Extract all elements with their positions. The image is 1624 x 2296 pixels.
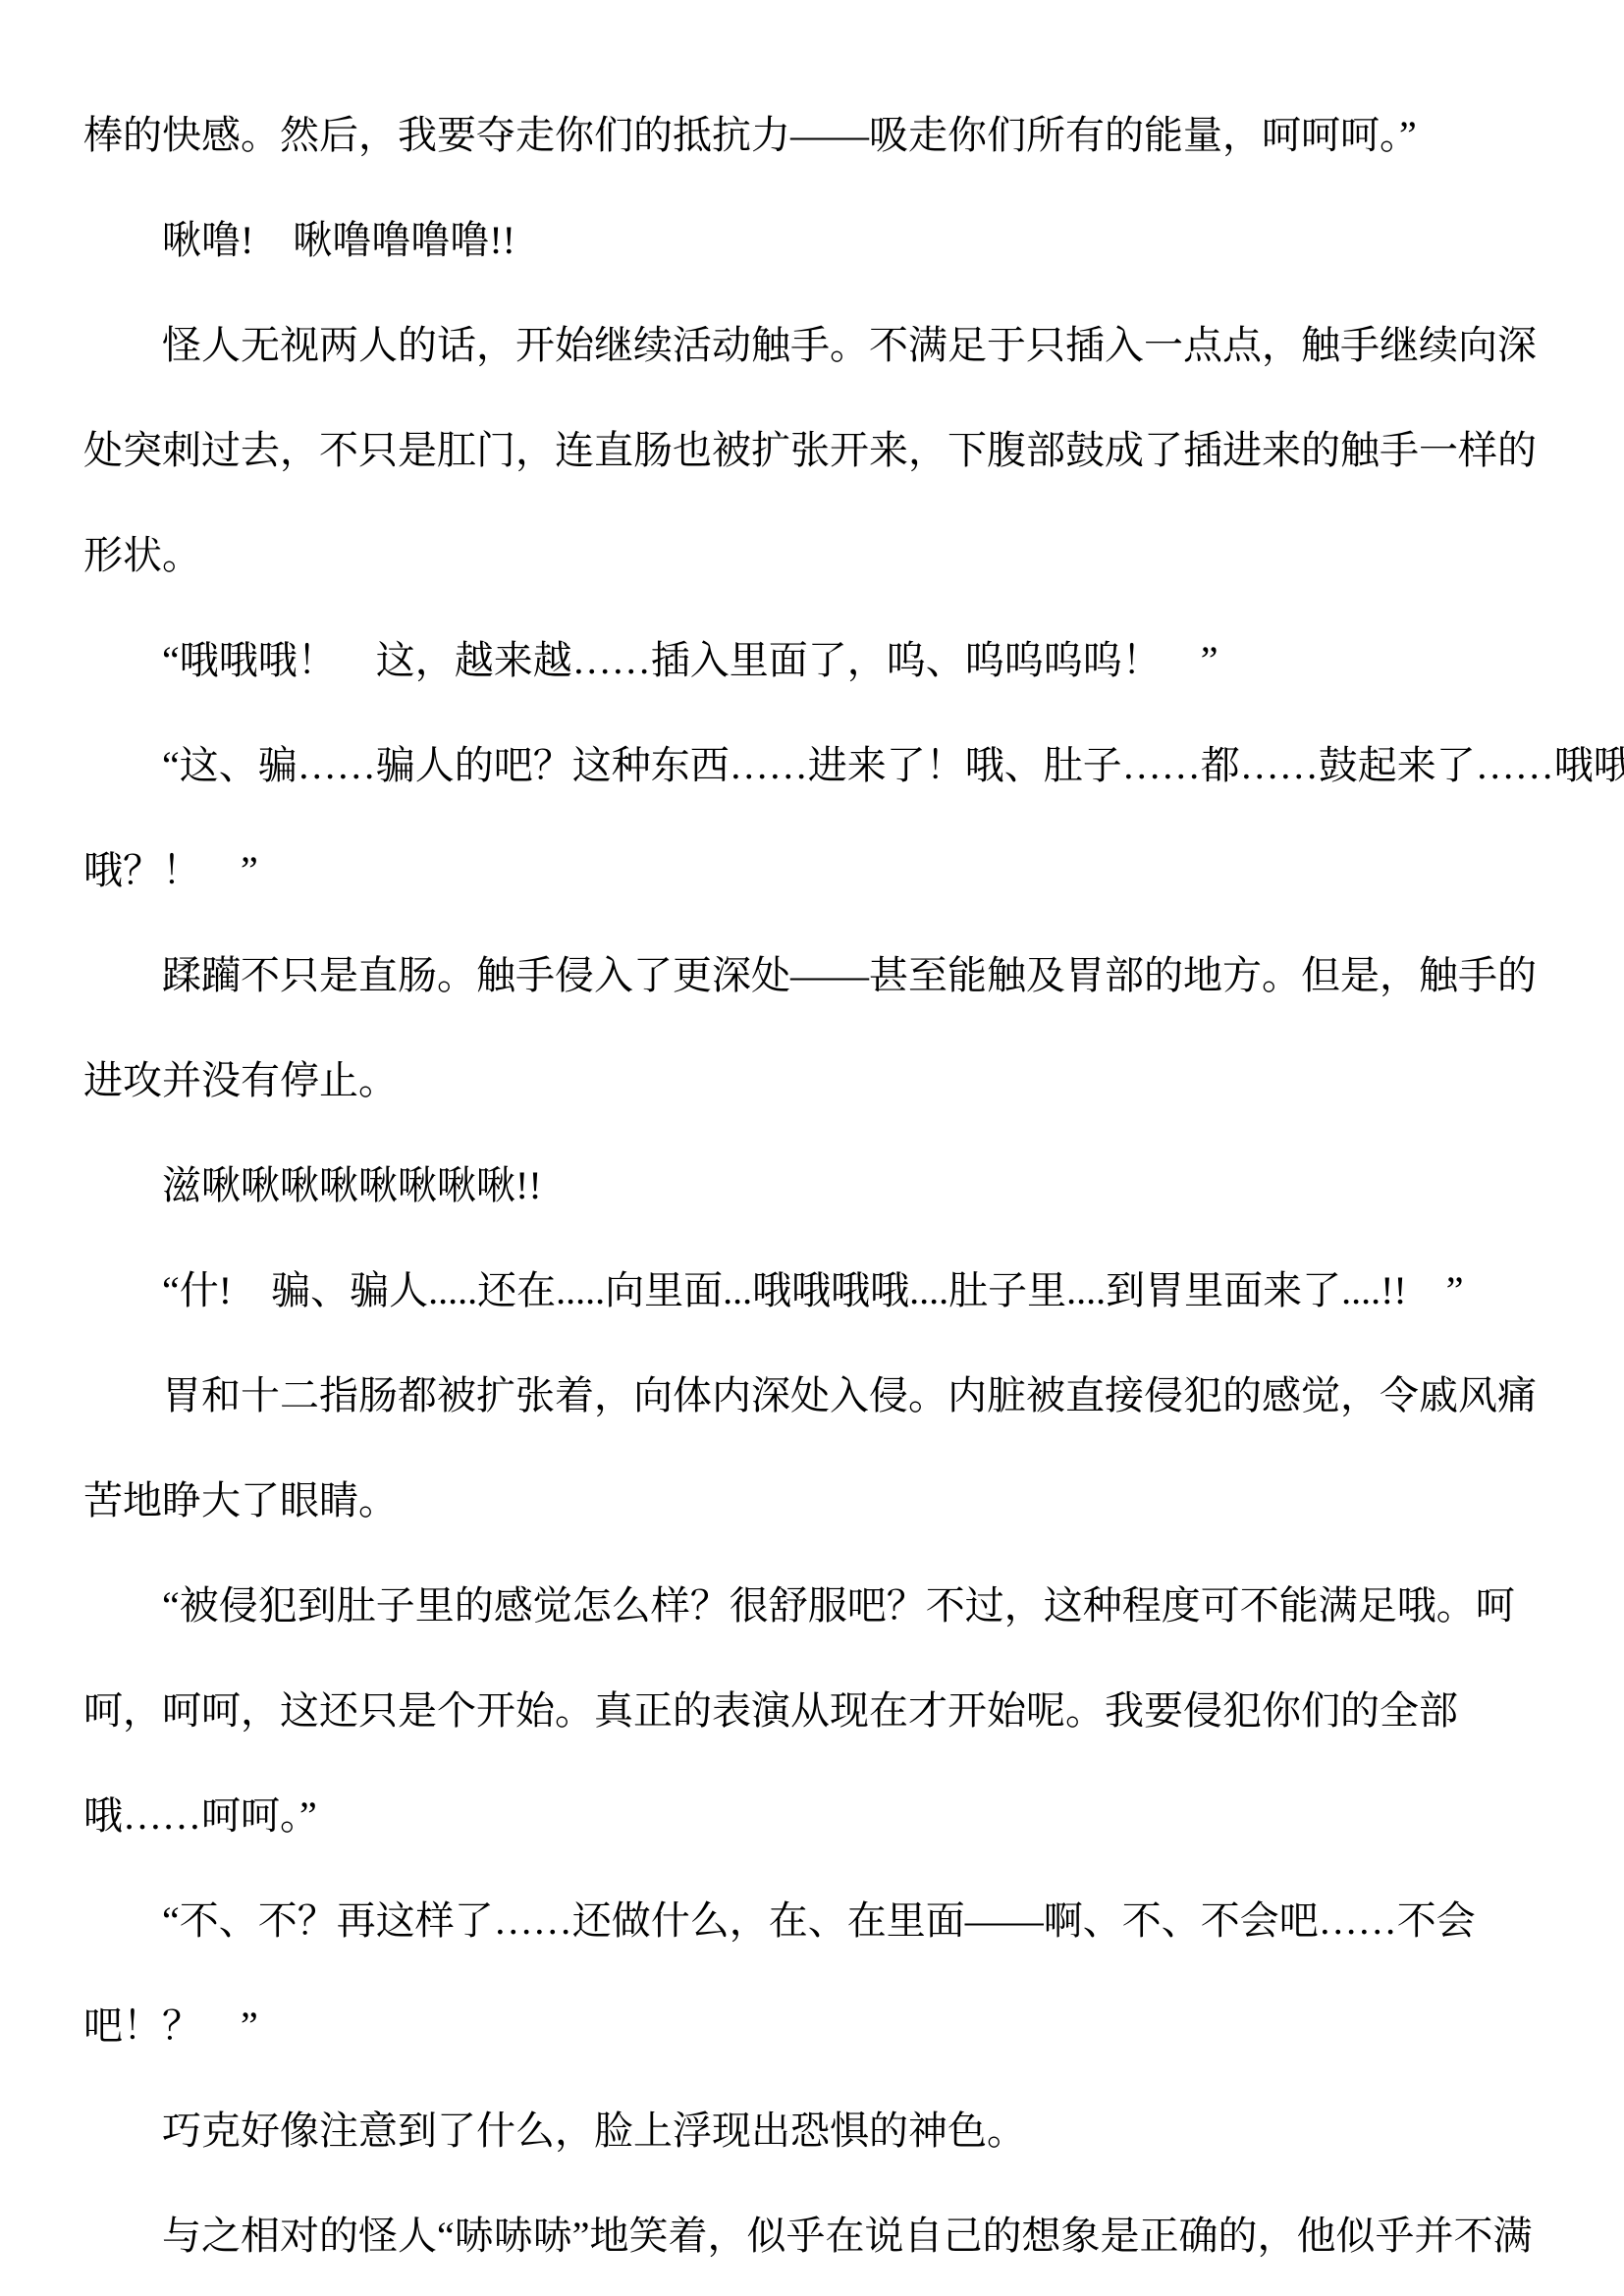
text-line: “这、骗……骗人的吧？这种东西……进来了！哦、肚子……都……鼓起来了……哦哦哦 [83,713,1546,818]
text-line: 哦……呵呵。” [83,1763,1546,1868]
text-line: 处突刺过去，不只是肛门，连直肠也被扩张开来，下腹部鼓成了插进来的触手一样的 [83,398,1546,503]
text-line: “什! 骗、骗人.....还在.....向里面...哦哦哦哦....肚子里...… [83,1238,1546,1343]
text-line: 蹂躏不只是直肠。触手侵入了更深处——甚至能触及胃部的地方。但是，触手的 [83,923,1546,1028]
text-line: 吧！？ ” [83,1973,1546,2078]
text-line: 形状。 [83,503,1546,608]
text-line: 哦？！ ” [83,818,1546,923]
text-line: “不、不？再这样了……还做什么，在、在里面——啊、不、不会吧……不会 [83,1868,1546,1973]
text-line: 滋啾啾啾啾啾啾啾啾!! [83,1133,1546,1238]
text-line: 怪人无视两人的话，开始继续活动触手。不满足于只插入一点点，触手继续向深 [83,293,1546,398]
document-page: 棒的快感。然后，我要夺走你们的抵抗力——吸走你们所有的能量，呵呵呵。”啾噜! 啾… [0,0,1624,2296]
text-line: 巧克好像注意到了什么，脸上浮现出恐惧的神色。 [83,2078,1546,2183]
text-line: “被侵犯到肚子里的感觉怎么样？很舒服吧？不过，这种程度可不能满足哦。呵 [83,1553,1546,1658]
text-line: 呵，呵呵，这还只是个开始。真正的表演从现在才开始呢。我要侵犯你们的全部 [83,1658,1546,1763]
text-line: 苦地睁大了眼睛。 [83,1448,1546,1553]
text-line: “哦哦哦！ 这，越来越……插入里面了，呜、呜呜呜呜！ ” [83,608,1546,713]
text-line: 啾噜! 啾噜噜噜噜!! [83,187,1546,293]
text-line: 进攻并没有停止。 [83,1028,1546,1133]
text-line: 胃和十二指肠都被扩张着，向体内深处入侵。内脏被直接侵犯的感觉，令戚风痛 [83,1343,1546,1448]
text-line: 与之相对的怪人“哧哧哧”地笑着，似乎在说自己的想象是正确的，他似乎并不满 [83,2183,1546,2288]
text-line: 棒的快感。然后，我要夺走你们的抵抗力——吸走你们所有的能量，呵呵呵。” [83,82,1546,187]
page-text: 棒的快感。然后，我要夺走你们的抵抗力——吸走你们所有的能量，呵呵呵。”啾噜! 啾… [83,82,1546,2288]
